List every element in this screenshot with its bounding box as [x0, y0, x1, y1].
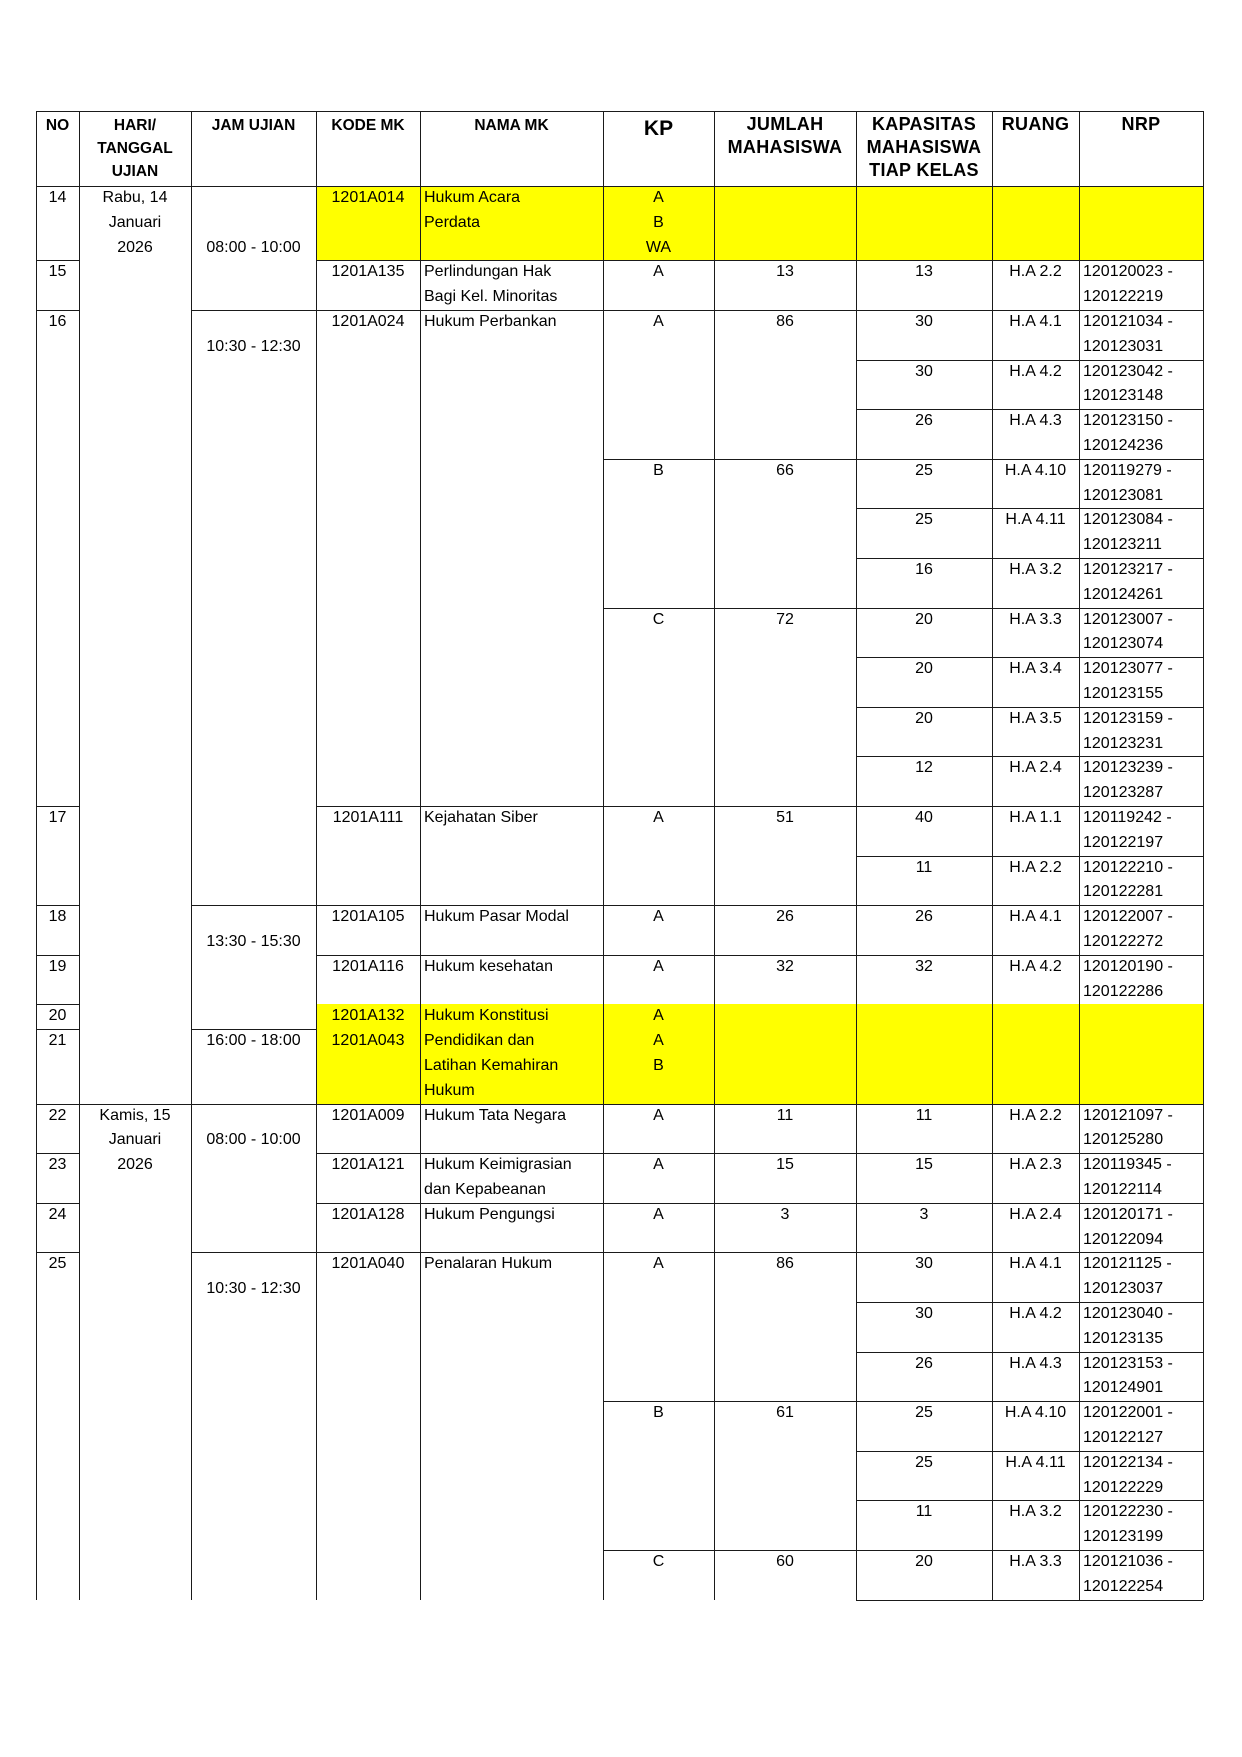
nrp-cell: 120121034 - 120123031 [1079, 310, 1203, 360]
kapasitas-cell: 11 [856, 1500, 992, 1550]
nrp-cell: 120123153 - 120124901 [1079, 1352, 1203, 1402]
jumlah-mahasiswa-cell: 26 [714, 905, 856, 955]
grid-line-v [992, 111, 993, 1600]
nrp-cell: 120123150 - 120124236 [1079, 409, 1203, 459]
nama-mk-cell: Hukum Keimigrasian dan Kepabeanan [420, 1153, 603, 1203]
ruang-cell: H.A 3.3 [992, 1550, 1079, 1600]
grid-line-v [714, 111, 715, 1600]
kapasitas-cell [856, 1004, 992, 1029]
ruang-cell: H.A 3.3 [992, 608, 1079, 658]
nrp-cell: 120122007 - 120122272 [1079, 905, 1203, 955]
ruang-cell: H.A 2.3 [992, 1153, 1079, 1203]
grid-line-v [856, 111, 857, 1600]
jumlah-mahasiswa-cell: 66 [714, 459, 856, 608]
kapasitas-cell: 15 [856, 1153, 992, 1203]
nrp-cell [1079, 1029, 1203, 1054]
kp-cell: A [603, 1153, 714, 1203]
jumlah-mahasiswa-cell [714, 1029, 856, 1054]
grid-line-h [856, 1600, 1203, 1601]
ruang-cell: H.A 4.11 [992, 1451, 1079, 1501]
nrp-cell: 120121125 - 120123037 [1079, 1252, 1203, 1302]
kapasitas-cell: 30 [856, 1302, 992, 1352]
jumlah-mahasiswa-cell [714, 186, 856, 211]
grid-line-h [36, 111, 1203, 112]
nrp-cell [1079, 1054, 1203, 1104]
kapasitas-cell: 26 [856, 905, 992, 955]
kapasitas-cell: 25 [856, 459, 992, 509]
ruang-cell: H.A 2.2 [992, 260, 1079, 310]
nrp-cell: 120123239 - 120123287 [1079, 756, 1203, 806]
header-jam-ujian: JAM UJIAN [191, 114, 316, 137]
ruang-cell [992, 1029, 1079, 1054]
kapasitas-cell: 13 [856, 260, 992, 310]
nama-mk-cell: Pendidikan dan Latihan Kemahiran Hukum [420, 1029, 603, 1103]
kp-cell: B [603, 211, 714, 236]
nrp-cell: 120122134 - 120122229 [1079, 1451, 1203, 1501]
grid-line-v [79, 111, 80, 1600]
grid-line-v [1203, 111, 1204, 1600]
kapasitas-cell: 32 [856, 955, 992, 1005]
ruang-cell: H.A 2.2 [992, 1104, 1079, 1154]
nama-mk-cell: Hukum Pasar Modal [420, 905, 603, 955]
nrp-cell: 120123217 - 120124261 [1079, 558, 1203, 608]
jumlah-mahasiswa-cell [714, 236, 856, 261]
nama-mk-cell: Hukum kesehatan [420, 955, 603, 1005]
kapasitas-cell: 30 [856, 1252, 992, 1302]
jumlah-mahasiswa-cell: 15 [714, 1153, 856, 1203]
exam-schedule-table: NO HARI/ TANGGAL UJIAN JAM UJIAN KODE MK… [0, 0, 1242, 1757]
ruang-cell: H.A 2.2 [992, 856, 1079, 906]
jumlah-mahasiswa-cell [714, 1054, 856, 1104]
exam-time-cell: 13:30 - 15:30 [191, 930, 316, 955]
ruang-cell: H.A 4.10 [992, 459, 1079, 509]
kapasitas-cell: 12 [856, 756, 992, 806]
kode-mk-cell: 1201A105 [316, 905, 420, 955]
kapasitas-cell: 26 [856, 1352, 992, 1402]
ruang-cell: H.A 3.2 [992, 558, 1079, 608]
grid-line-h [36, 186, 1203, 187]
ruang-cell [992, 1004, 1079, 1029]
grid-line-h [191, 1252, 316, 1253]
jumlah-mahasiswa-cell: 51 [714, 806, 856, 905]
jumlah-mahasiswa-cell: 61 [714, 1401, 856, 1550]
nrp-cell [1079, 186, 1203, 211]
grid-line-h [191, 905, 316, 906]
kp-cell: B [603, 1054, 714, 1104]
nrp-cell: 120120190 - 120122286 [1079, 955, 1203, 1005]
kp-cell: A [603, 1104, 714, 1154]
grid-line-v [603, 111, 604, 1600]
kp-cell: A [603, 260, 714, 310]
kapasitas-cell: 30 [856, 360, 992, 410]
ruang-cell: H.A 4.1 [992, 905, 1079, 955]
no-cell: 24 [36, 1203, 79, 1253]
ruang-cell: H.A 4.1 [992, 1252, 1079, 1302]
grid-line-v [36, 111, 37, 1600]
nrp-cell: 120119242 - 120122197 [1079, 806, 1203, 856]
header-kp: KP [603, 114, 714, 144]
kapasitas-cell [856, 1054, 992, 1104]
nrp-cell: 120123042 - 120123148 [1079, 360, 1203, 410]
kapasitas-cell: 20 [856, 657, 992, 707]
kode-mk-cell: 1201A009 [316, 1104, 420, 1154]
header-ruang: RUANG [992, 113, 1079, 136]
grid-line-v [420, 111, 421, 1600]
nama-mk-cell: Hukum Perbankan [420, 310, 603, 806]
kode-mk-cell: 1201A116 [316, 955, 420, 1005]
ruang-cell: H.A 4.2 [992, 955, 1079, 1005]
kode-mk-cell: 1201A024 [316, 310, 420, 806]
kp-cell: B [603, 459, 714, 608]
no-cell: 20 [36, 1004, 79, 1029]
nrp-cell: 120121036 - 120122254 [1079, 1550, 1203, 1600]
nrp-cell: 120119279 - 120123081 [1079, 459, 1203, 509]
day-date-cell: Rabu, 14 Januari 2026 [79, 186, 191, 1104]
kp-cell: A [603, 806, 714, 905]
jumlah-mahasiswa-cell: 60 [714, 1550, 856, 1600]
nrp-cell: 120123159 - 120123231 [1079, 707, 1203, 757]
no-cell: 19 [36, 955, 79, 1005]
kapasitas-cell: 25 [856, 508, 992, 558]
nrp-cell [1079, 236, 1203, 261]
kp-cell: A [603, 1252, 714, 1401]
jumlah-mahasiswa-cell: 72 [714, 608, 856, 806]
kp-cell: A [603, 310, 714, 459]
nrp-cell: 120123077 - 120123155 [1079, 657, 1203, 707]
kapasitas-cell: 40 [856, 806, 992, 856]
ruang-cell: H.A 4.10 [992, 1401, 1079, 1451]
ruang-cell [992, 236, 1079, 261]
nama-mk-cell: Kejahatan Siber [420, 806, 603, 905]
kp-cell: A [603, 186, 714, 211]
kapasitas-cell: 3 [856, 1203, 992, 1253]
no-cell: 21 [36, 1029, 79, 1103]
nrp-cell: 120122001 - 120122127 [1079, 1401, 1203, 1451]
ruang-cell: H.A 3.2 [992, 1500, 1079, 1550]
kapasitas-cell [856, 236, 992, 261]
kapasitas-cell [856, 211, 992, 236]
exam-time-cell: 16:00 - 18:00 [191, 1029, 316, 1054]
nama-mk-cell: Perlindungan Hak Bagi Kel. Minoritas [420, 260, 603, 310]
jumlah-mahasiswa-cell: 13 [714, 260, 856, 310]
nama-mk-cell: Hukum Tata Negara [420, 1104, 603, 1154]
nrp-cell: 120123040 - 120123135 [1079, 1302, 1203, 1352]
header-no: NO [36, 114, 79, 137]
kapasitas-cell: 20 [856, 707, 992, 757]
kp-cell: A [603, 905, 714, 955]
header-kapasitas: KAPASITAS MAHASISWA TIAP KELAS [856, 113, 992, 182]
kp-cell: A [603, 1029, 714, 1054]
ruang-cell: H.A 4.2 [992, 360, 1079, 410]
nama-mk-cell: Penalaran Hukum [420, 1252, 603, 1599]
kapasitas-cell [856, 186, 992, 211]
jumlah-mahasiswa-cell [714, 211, 856, 236]
kode-mk-cell: 1201A014 [316, 186, 420, 260]
kapasitas-cell: 20 [856, 1550, 992, 1600]
nrp-cell: 120121097 - 120125280 [1079, 1104, 1203, 1154]
kapasitas-cell [856, 1029, 992, 1054]
ruang-cell: H.A 4.1 [992, 310, 1079, 360]
ruang-cell [992, 211, 1079, 236]
kp-cell: WA [603, 236, 714, 261]
kode-mk-cell: 1201A132 [316, 1004, 420, 1029]
exam-time-cell: 08:00 - 10:00 [191, 1128, 316, 1153]
ruang-cell: H.A 4.3 [992, 409, 1079, 459]
jumlah-mahasiswa-cell: 32 [714, 955, 856, 1005]
nrp-cell: 120120023 - 120122219 [1079, 260, 1203, 310]
no-cell: 25 [36, 1252, 79, 1599]
kp-cell: A [603, 1203, 714, 1253]
ruang-cell: H.A 2.4 [992, 1203, 1079, 1253]
kode-mk-cell: 1201A135 [316, 260, 420, 310]
exam-time-cell: 08:00 - 10:00 [191, 236, 316, 261]
no-cell: 15 [36, 260, 79, 310]
kode-mk-cell: 1201A121 [316, 1153, 420, 1203]
kapasitas-cell: 20 [856, 608, 992, 658]
header-kode-mk: KODE MK [316, 114, 420, 137]
header-nrp: NRP [1079, 113, 1203, 136]
day-date-cell: Kamis, 15 Januari 2026 [79, 1104, 191, 1600]
ruang-cell: H.A 1.1 [992, 806, 1079, 856]
ruang-cell: H.A 4.3 [992, 1352, 1079, 1402]
grid-line-h [191, 310, 316, 311]
kp-cell: A [603, 955, 714, 1005]
kode-mk-cell: 1201A128 [316, 1203, 420, 1253]
kp-cell: C [603, 608, 714, 806]
nrp-cell: 120122230 - 120123199 [1079, 1500, 1203, 1550]
kapasitas-cell: 16 [856, 558, 992, 608]
ruang-cell [992, 1054, 1079, 1104]
ruang-cell: H.A 4.11 [992, 508, 1079, 558]
ruang-cell: H.A 2.4 [992, 756, 1079, 806]
kapasitas-cell: 25 [856, 1401, 992, 1451]
no-cell: 22 [36, 1104, 79, 1154]
ruang-cell [992, 186, 1079, 211]
kapasitas-cell: 11 [856, 1104, 992, 1154]
grid-line-v [191, 111, 192, 1600]
no-cell: 17 [36, 806, 79, 905]
nrp-cell: 120123007 - 120123074 [1079, 608, 1203, 658]
no-cell: 23 [36, 1153, 79, 1203]
header-nama-mk: NAMA MK [420, 114, 603, 137]
jumlah-mahasiswa-cell: 3 [714, 1203, 856, 1253]
exam-time-cell: 10:30 - 12:30 [191, 335, 316, 360]
ruang-cell: H.A 4.2 [992, 1302, 1079, 1352]
ruang-cell: H.A 3.5 [992, 707, 1079, 757]
no-cell: 16 [36, 310, 79, 806]
nrp-cell: 120120171 - 120122094 [1079, 1203, 1203, 1253]
no-cell: 14 [36, 186, 79, 260]
kapasitas-cell: 26 [856, 409, 992, 459]
jumlah-mahasiswa-cell: 86 [714, 1252, 856, 1401]
nama-mk-cell: Hukum Konstitusi [420, 1004, 603, 1029]
kode-mk-cell: 1201A043 [316, 1029, 420, 1103]
header-hari-tanggal: HARI/ TANGGAL UJIAN [79, 114, 191, 183]
kapasitas-cell: 25 [856, 1451, 992, 1501]
exam-time-cell: 10:30 - 12:30 [191, 1277, 316, 1302]
nrp-cell [1079, 211, 1203, 236]
kp-cell: C [603, 1550, 714, 1600]
header-jumlah-mahasiswa: JUMLAH MAHASISWA [714, 113, 856, 159]
jumlah-mahasiswa-cell [714, 1004, 856, 1029]
nama-mk-cell: Hukum Pengungsi [420, 1203, 603, 1253]
grid-line-v [316, 111, 317, 1600]
nrp-cell [1079, 1004, 1203, 1029]
kode-mk-cell: 1201A040 [316, 1252, 420, 1599]
jumlah-mahasiswa-cell: 86 [714, 310, 856, 459]
kapasitas-cell: 30 [856, 310, 992, 360]
kp-cell: A [603, 1004, 714, 1029]
kp-cell: B [603, 1401, 714, 1550]
no-cell: 18 [36, 905, 79, 955]
ruang-cell: H.A 3.4 [992, 657, 1079, 707]
nrp-cell: 120123084 - 120123211 [1079, 508, 1203, 558]
nrp-cell: 120122210 - 120122281 [1079, 856, 1203, 906]
kapasitas-cell: 11 [856, 856, 992, 906]
grid-line-h [191, 1104, 316, 1105]
grid-line-v [1079, 111, 1080, 1600]
kode-mk-cell: 1201A111 [316, 806, 420, 905]
nama-mk-cell: Hukum Acara Perdata [420, 186, 603, 260]
nrp-cell: 120119345 - 120122114 [1079, 1153, 1203, 1203]
jumlah-mahasiswa-cell: 11 [714, 1104, 856, 1154]
